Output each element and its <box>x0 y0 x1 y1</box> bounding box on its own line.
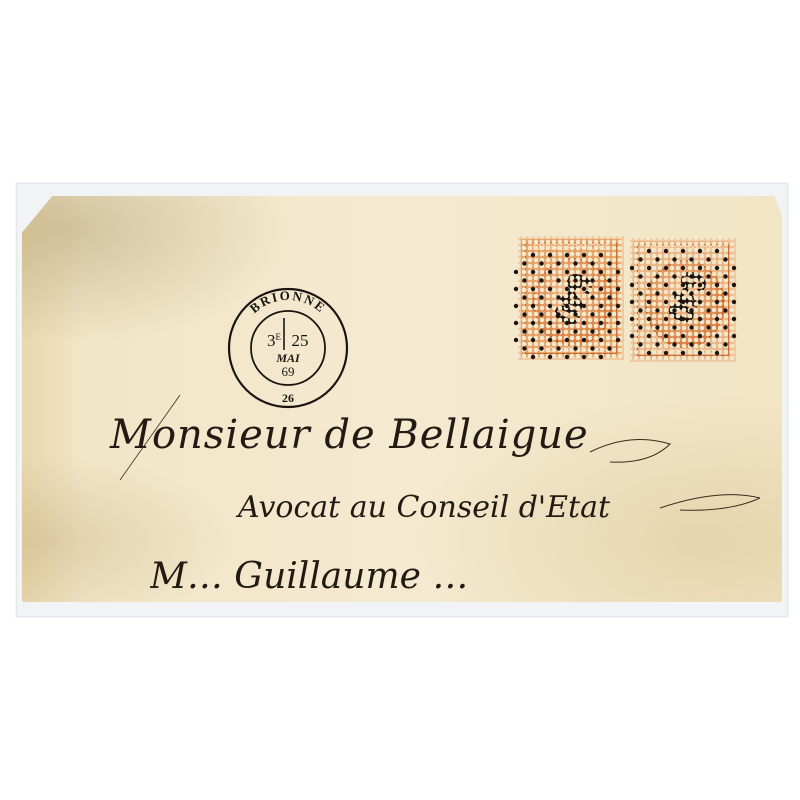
stamp-top-text: EMPIRE FRANCAIS <box>518 243 624 252</box>
address-line-2: Avocat au Conseil d'Etat <box>238 490 610 525</box>
address-line-1: Monsieur de Bellaigue <box>110 412 589 458</box>
postmark-department: 26 <box>282 391 294 405</box>
address-line-3: M… Guillaume … <box>150 556 468 600</box>
brionne-postmark: BRIONNE 3E 25 MAI 69 26 <box>226 286 350 410</box>
stamp-top-text: EMPIRE FRANCAIS <box>630 245 736 254</box>
postmark-month: MAI <box>275 351 301 365</box>
postmark-day: 25 <box>292 331 309 350</box>
postmark-year: 69 <box>282 364 295 379</box>
stamp-bottom-text: 40 C. POSTES 40 C. <box>518 347 624 354</box>
stamp-bottom-text: 40 C. POSTES 40 C. <box>630 349 736 356</box>
postmark-collection: 3E <box>267 331 282 350</box>
stamp-40c-napoleon-1: EMPIRE FRANCAIS 40 C. POSTES 40 C. 640 <box>518 236 624 360</box>
stamp-40c-napoleon-2: EMPIRE FRANCAIS 40 C. POSTES 40 C. 640 <box>630 238 736 362</box>
